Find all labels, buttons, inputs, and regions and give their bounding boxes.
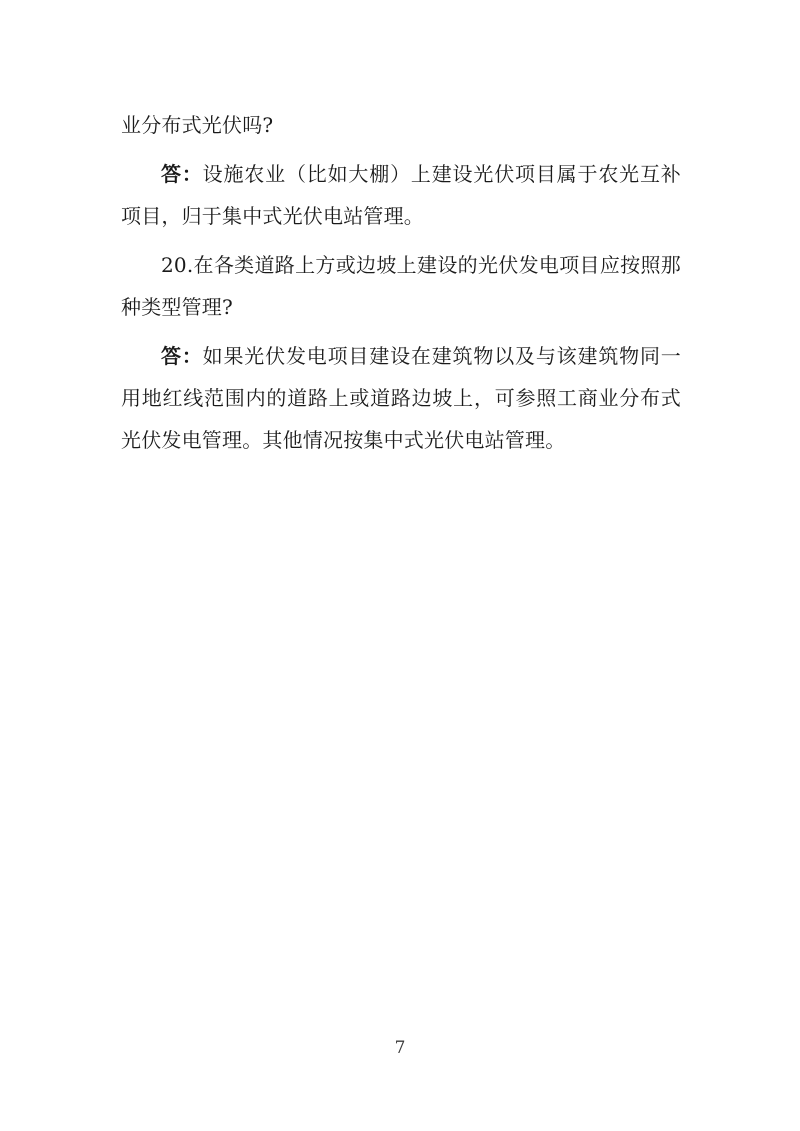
paragraph-question-20: 20.在各类道路上方或边坡上建设的光伏发电项目应按照那种类型管理? xyxy=(121,244,681,328)
answer-1-text: 设施农业（比如大棚）上建设光伏项目属于农光互补项目，归于集中式光伏电站管理。 xyxy=(121,162,681,228)
paragraph-continuation: 业分布式光伏吗? xyxy=(121,104,681,146)
answer-2-label: 答： xyxy=(161,344,203,368)
document-page: 业分布式光伏吗? 答：设施农业（比如大棚）上建设光伏项目属于农光互补项目，归于集… xyxy=(0,0,800,1131)
answer-1-label: 答： xyxy=(161,162,203,186)
page-number: 7 xyxy=(0,1036,800,1060)
paragraph-answer-1: 答：设施农业（比如大棚）上建设光伏项目属于农光互补项目，归于集中式光伏电站管理。 xyxy=(121,153,681,237)
answer-2-text: 如果光伏发电项目建设在建筑物以及与该建筑物同一用地红线范围内的道路上或道路边坡上… xyxy=(121,344,681,452)
paragraph-answer-2: 答：如果光伏发电项目建设在建筑物以及与该建筑物同一用地红线范围内的道路上或道路边… xyxy=(121,335,681,461)
document-body: 业分布式光伏吗? 答：设施农业（比如大棚）上建设光伏项目属于农光互补项目，归于集… xyxy=(121,104,681,468)
